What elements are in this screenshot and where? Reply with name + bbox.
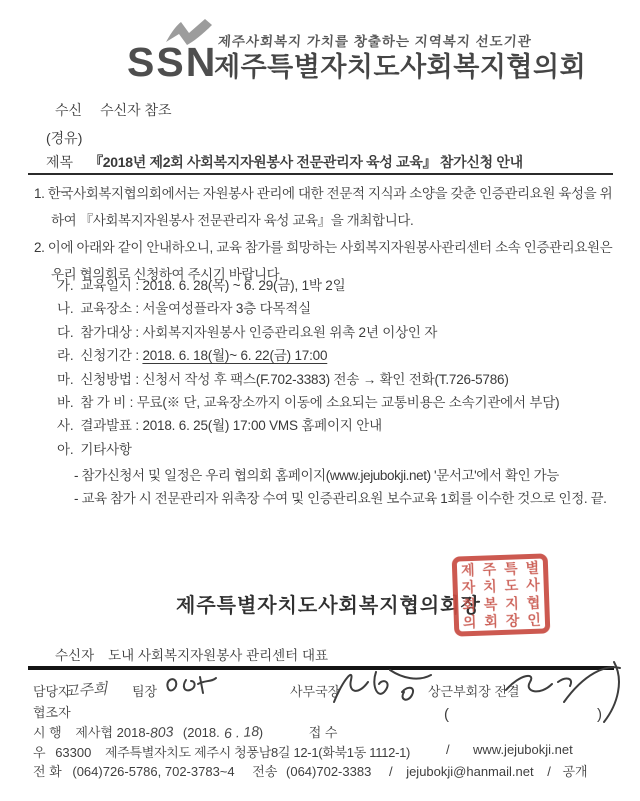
item-value: 서울여성플라자 3층 다목적실 [142, 301, 311, 316]
item-value: 2018. 6. 25(월) 17:00 VMS 홈페이지 안내 [142, 418, 381, 433]
item-colon: : [132, 325, 143, 340]
cooperator-label: 협조자 [33, 702, 71, 721]
manager-name-handwritten: 고주희 [63, 678, 108, 702]
item-no: 다. [57, 325, 73, 340]
item-value: 사회복지자원봉사 인증관리요원 위촉 2년 이상인 자 [142, 325, 437, 340]
disclosure-label: 공개 [562, 764, 587, 779]
item-value: 신청서 작성 후 팩스(F.702-3383) 전송 → 확인 전화(T.726… [142, 372, 508, 387]
distribution-line: 수신자도내 사회복지자원봉사 관리센터 대표 [55, 644, 328, 664]
item-colon: : [132, 348, 143, 363]
distribution-value: 도내 사회복지자원봉사 관리센터 대표 [108, 648, 328, 663]
sub-item-list: - 참가신청서 및 일정은 우리 협의회 홈페이지(www.jejubokji.… [74, 464, 607, 511]
item-label: 참 가 비 [80, 395, 126, 410]
item-label: 신청기간 [80, 348, 131, 363]
website-url: www.jejubokji.net [473, 742, 573, 757]
doc-date-prefix: (2018. [183, 725, 220, 740]
item-no: 사. [57, 418, 73, 433]
ssn-logo: SSN [127, 42, 217, 83]
doc-date-handwritten: 6 . 18 [223, 723, 259, 741]
enforce-label: 시 행 [33, 725, 62, 740]
item-value: 무료(※ 단, 교육장소까지 이동에 소요되는 교통비용은 소속기관에서 부담) [137, 395, 560, 410]
secretary-general-signature [328, 666, 433, 708]
item-colon: : [132, 301, 143, 316]
recipient-line: 수신수신자 참조 [55, 100, 172, 120]
item-no: 바. [57, 395, 73, 410]
item-label: 교육장소 [80, 301, 131, 316]
team-leader-label: 팀장 [132, 681, 157, 700]
item-colon: : [132, 372, 143, 387]
paragraph-1: 1. 한국사회복지협의회에서는 자원봉사 관리에 대한 전문적 지식과 소양을 … [34, 181, 614, 234]
fax-label: 전송 [252, 764, 277, 779]
receipt-paren-close: ) [597, 706, 602, 723]
item-colon: : [132, 278, 143, 293]
item-no: 가. [57, 278, 73, 293]
zip-code: 63300 [55, 745, 91, 760]
subject-label: 제목 [46, 154, 73, 170]
org-name: 제주특별자치도사회복지협의회 [214, 53, 586, 83]
receipt-paren-open: ( [444, 706, 449, 723]
address-slash: / [446, 742, 450, 757]
official-seal-stamp: 제주특별자치도사회복지협의회장인 [452, 553, 551, 636]
issuer-title: 제주특별자치도사회복지협의회장 [176, 589, 481, 618]
item-label: 결과발표 [80, 418, 131, 433]
sub-item: - 교육 참가 시 전문관리자 위촉장 수여 및 인증관리요원 보수교육 1회를… [74, 487, 607, 510]
item-label: 신청방법 [80, 372, 131, 387]
list-item: 마.신청방법 : 신청서 작성 후 팩스(F.702-3383) 전송 → 확인… [57, 368, 559, 391]
address-line: 우 63300 제주특별자치도 제주시 청풍남8길 12-1(화북1동 1112… [33, 742, 410, 761]
item-no: 나. [57, 301, 73, 316]
org-slogan: 제주사회복지 가치를 창출하는 지역복지 선도기관 [217, 30, 532, 50]
list-item: 라.신청기간 : 2018. 6. 18(월)~ 6. 22(금) 17:00 [57, 344, 559, 367]
list-item: 사.결과발표 : 2018. 6. 25(월) 17:00 VMS 홈페이지 안… [57, 414, 559, 437]
address-value: 제주특별자치도 제주시 청풍남8길 12-1(화북1동 1112-1) [105, 745, 410, 760]
subject-line: 제목『2018년 제2회 사회복지자원봉사 전문관리자 육성 교육』 참가신청 … [46, 152, 523, 172]
via-line: (경유) [46, 128, 82, 148]
body-paragraphs: 1. 한국사회복지협의회에서는 자원봉사 관리에 대한 전문적 지식과 소양을 … [34, 181, 614, 289]
recipient-label: 수신 [55, 102, 82, 118]
enforce-line: 시 행 제사협 2018-803 (2018.6 . 18) 접 수 [33, 722, 338, 741]
contact-slash-1: / [389, 764, 393, 779]
vice-chair-signature [498, 660, 640, 726]
item-colon: : [132, 418, 143, 433]
item-no: 아. [57, 442, 73, 457]
list-item: 나.교육장소 : 서울여성플라자 3층 다목적실 [57, 297, 559, 320]
item-no: 마. [57, 372, 73, 387]
item-label: 참가대상 [80, 325, 131, 340]
receipt-label: 접 수 [309, 725, 338, 740]
doc-number-prefix: 제사협 2018- [75, 725, 150, 740]
item-colon: : [126, 395, 137, 410]
list-item: 가.교육일시 : 2018. 6. 28(목) ~ 6. 29(금), 1박 2… [57, 274, 559, 297]
horizontal-rule [28, 173, 613, 175]
list-item: 다.참가대상 : 사회복지자원봉사 인증관리요원 위촉 2년 이상인 자 [57, 321, 559, 344]
email-value: jejubokji@hanmail.net [406, 764, 533, 779]
tel-label: 전 화 [33, 764, 62, 779]
contact-slash-2: / [547, 764, 551, 779]
item-label: 기타사항 [80, 442, 131, 457]
sub-item: - 참가신청서 및 일정은 우리 협의회 홈페이지(www.jejubokji.… [74, 464, 607, 487]
item-value: 2018. 6. 28(목) ~ 6. 29(금), 1박 2일 [142, 278, 345, 293]
list-item: 아.기타사항 [57, 438, 559, 461]
contact-line: 전 화 (064)726-5786, 702-3783~4 전송 (064)70… [33, 761, 588, 780]
subject-value: 『2018년 제2회 사회복지자원봉사 전문관리자 육성 교육』 참가신청 안내 [89, 154, 523, 170]
scanned-official-letter: SSN 제주사회복지 가치를 창출하는 지역복지 선도기관 제주특별자치도사회복… [0, 0, 640, 801]
item-no: 라. [57, 348, 73, 363]
item-value-underlined: 2018. 6. 18(월)~ 6. 22(금) 17:00 [142, 348, 327, 363]
recipient-value: 수신자 참조 [100, 102, 172, 118]
list-item: 바.참 가 비 : 무료(※ 단, 교육장소까지 이동에 소요되는 교통비용은 … [57, 391, 559, 414]
zip-label: 우 [33, 745, 46, 760]
fax-value: (064)702-3383 [286, 764, 371, 779]
tel-value: (064)726-5786, 702-3783~4 [72, 764, 234, 779]
item-list: 가.교육일시 : 2018. 6. 28(목) ~ 6. 29(금), 1박 2… [57, 274, 559, 461]
team-leader-signature [160, 672, 220, 700]
item-label: 교육일시 [80, 278, 131, 293]
distribution-label: 수신자 [55, 648, 94, 663]
doc-number-handwritten: 803 [149, 723, 173, 741]
